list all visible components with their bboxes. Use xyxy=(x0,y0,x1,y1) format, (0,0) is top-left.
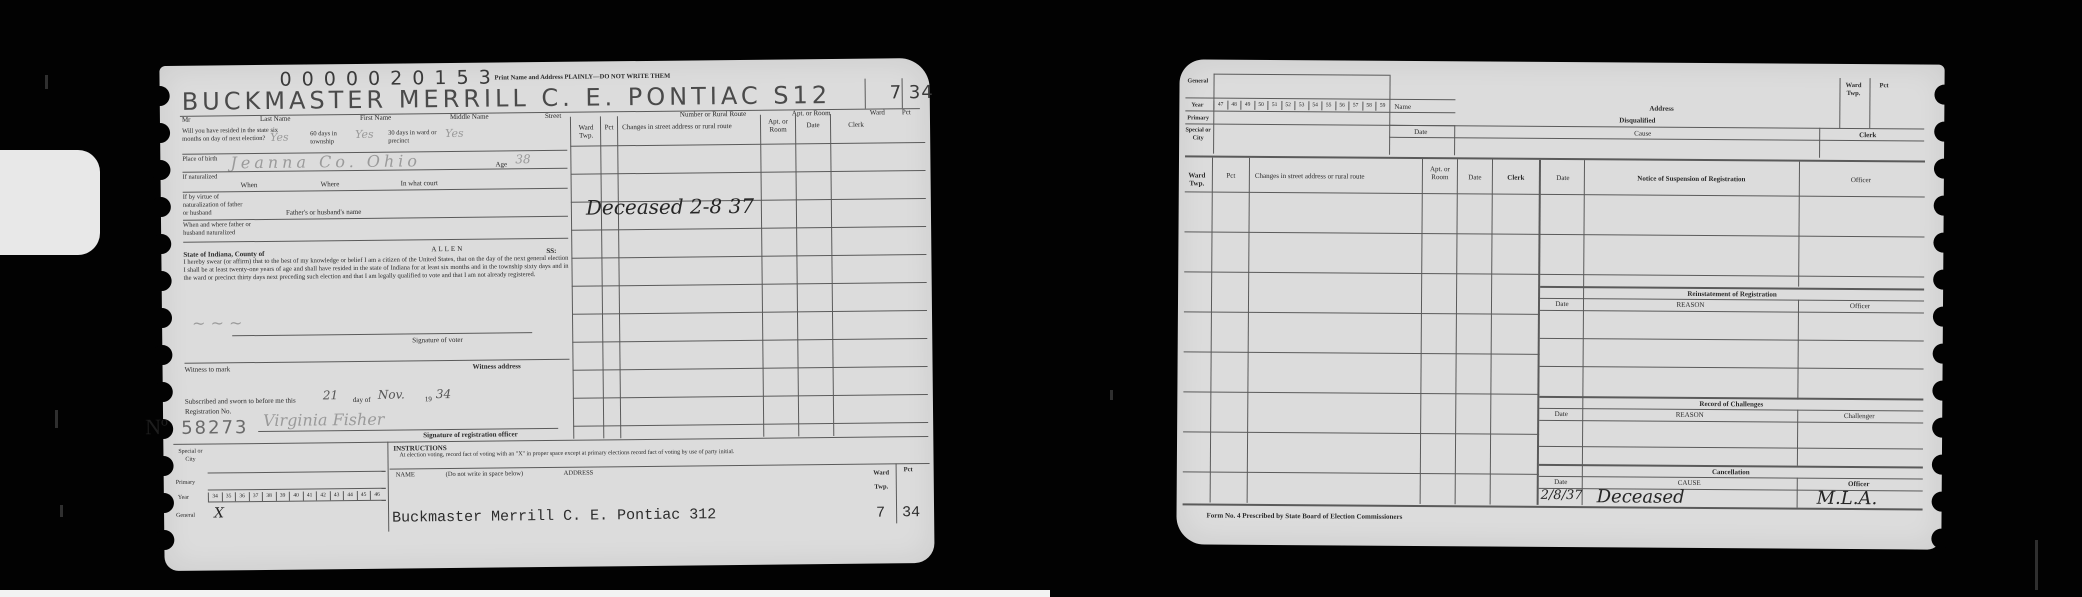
header-apt-room: Apt. or Room xyxy=(762,117,794,133)
header-changes: Changes in street address or rural route xyxy=(1255,172,1365,181)
challenges-reason-header: REASON xyxy=(1582,410,1797,420)
divider xyxy=(1183,503,1923,510)
oath-text: I hereby swear (or affirm) that to the b… xyxy=(183,255,568,283)
divider xyxy=(1210,158,1213,503)
day-of-label: day of xyxy=(353,396,371,404)
row-year: Year xyxy=(178,494,189,502)
cancellation-officer: M.L.A. xyxy=(1817,488,1878,509)
divider xyxy=(571,226,926,231)
film-speck xyxy=(2035,540,2038,590)
film-speck xyxy=(1110,390,1113,400)
ward-precinct-label: 30 days in ward or precinct xyxy=(388,129,443,146)
print-instructions: Print Name and Address PLAINLY—DO NOT WR… xyxy=(494,73,670,83)
label-street: Street xyxy=(545,112,561,120)
header-pct: Pct xyxy=(1215,172,1247,180)
divider xyxy=(1490,160,1493,505)
label-first-name: First Name xyxy=(360,114,391,122)
registration-label: Registration No. xyxy=(185,407,231,415)
ward-pct-handwritten: 7 34 xyxy=(890,82,934,103)
divider xyxy=(573,422,928,427)
divider xyxy=(1247,158,1250,503)
bottom-address-label: ADDRESS xyxy=(564,470,594,478)
typed-ward: 7 xyxy=(876,504,885,521)
divider xyxy=(1540,274,1924,278)
label-cause: Cause xyxy=(1634,130,1651,138)
change-entry-deceased: Deceased 2-8 37 xyxy=(586,194,754,220)
divider xyxy=(1541,194,1925,198)
typed-name-address: Buckmaster Merrill C. E. Pontiac 312 xyxy=(392,506,716,526)
header-changes: Changes in street address or rural route xyxy=(622,122,732,131)
row-primary: Primary xyxy=(176,479,195,487)
age-label: Age xyxy=(495,160,507,168)
voting-years-grid: 34353637383940414243444546 xyxy=(208,491,384,502)
divider xyxy=(208,471,386,474)
header-clerk: Clerk xyxy=(1494,174,1538,182)
row-special: Special or City xyxy=(175,448,205,464)
court-label: In what court xyxy=(401,179,438,187)
film-speck xyxy=(55,410,58,428)
label-disqualified: Disqualified xyxy=(1619,116,1655,124)
divider xyxy=(1184,351,1540,354)
divider xyxy=(1389,75,1391,155)
row-general: General xyxy=(1188,77,1209,85)
instructions-text: At election voting, record fact of votin… xyxy=(399,448,829,460)
when-label: When xyxy=(241,181,258,189)
suspension-notice-header: Notice of Suspension of Registration xyxy=(1584,174,1799,184)
film-edge-strip xyxy=(0,590,1050,597)
township-answer: Yes xyxy=(355,128,374,141)
label-pct: Pct xyxy=(1880,82,1889,90)
divider xyxy=(1797,410,1798,466)
reinstatement-reason-header: REASON xyxy=(1583,300,1798,310)
label-apt: Apt. or Room xyxy=(792,109,831,117)
subscribed-text: Subscribed and sworn to before me this xyxy=(185,397,296,406)
divider xyxy=(1455,159,1458,504)
divider xyxy=(1582,160,1585,505)
label-pct: Pct xyxy=(902,108,911,116)
county-value: ALLEN xyxy=(431,245,464,253)
subscribed-month: Nov. xyxy=(378,387,405,401)
divider xyxy=(232,332,532,336)
divider xyxy=(795,114,799,436)
row-special: Special or City xyxy=(1185,126,1211,142)
film-speck xyxy=(60,505,63,517)
divider xyxy=(1797,300,1799,400)
divider xyxy=(1869,78,1870,128)
film-speck xyxy=(45,75,48,89)
form-footer: Form No. 4 Prescribed by State Board of … xyxy=(1206,512,1402,521)
row-general: General xyxy=(176,512,195,520)
divider xyxy=(1184,271,1540,274)
divider xyxy=(1214,74,1390,76)
divider xyxy=(1539,420,1923,424)
general-vote-mark: X xyxy=(214,505,224,521)
suspension-officer-header: Officer xyxy=(1801,176,1921,185)
divider xyxy=(183,238,568,243)
header-date: Date xyxy=(796,121,830,129)
divider xyxy=(1540,234,1924,238)
father-when-where-label: When and where father or husband natural… xyxy=(183,221,268,238)
divider xyxy=(387,442,389,532)
suspension-date-header: Date xyxy=(1543,174,1583,182)
bottom-ward-twp: Ward Twp. xyxy=(869,466,894,494)
divider xyxy=(1540,338,1924,342)
divider xyxy=(865,79,866,109)
row-primary: Primary xyxy=(1187,114,1209,122)
divider xyxy=(1797,478,1798,508)
registration-card-back: General Year Primary Special or City 474… xyxy=(1176,59,1944,549)
divider xyxy=(1389,137,1924,142)
divider xyxy=(1389,125,1924,130)
divider xyxy=(1540,310,1924,314)
punch-holes xyxy=(1931,85,1954,549)
divider xyxy=(1184,311,1540,314)
witness-mark-label: Witness to mark xyxy=(185,365,231,373)
label-middle-name: Middle Name xyxy=(450,113,489,121)
label-mr: Mr xyxy=(182,116,191,124)
divider xyxy=(1183,471,1539,474)
divider xyxy=(570,117,574,439)
divider xyxy=(1454,125,1455,155)
divider xyxy=(570,142,925,147)
divider xyxy=(1839,78,1840,128)
header-pct: Pct xyxy=(601,123,617,131)
voter-signature: ~ ~ ~ xyxy=(192,313,243,333)
bottom-pct: Pct xyxy=(904,466,913,474)
cancellation-cause: Deceased xyxy=(1597,486,1685,508)
if-naturalized-label: If naturalized xyxy=(183,173,223,181)
divider xyxy=(572,338,927,343)
divider xyxy=(1185,191,1541,194)
label-address: Address xyxy=(1649,105,1673,113)
label-number: Number or Rural Route xyxy=(680,110,746,119)
witness-address-label: Witness address xyxy=(473,362,521,371)
signature-voter-label: Signature of voter xyxy=(412,336,463,345)
header-date: Date xyxy=(1459,173,1491,181)
challenges-date-header: Date xyxy=(1541,410,1581,418)
divider xyxy=(571,254,926,259)
label-date: Date xyxy=(1414,128,1427,136)
cancellation-date-header: Date xyxy=(1541,478,1581,486)
divider xyxy=(1183,431,1539,434)
divider xyxy=(1798,162,1800,287)
divider xyxy=(573,394,928,399)
officer-signature-label: Signature of registration officer xyxy=(423,430,518,439)
divider xyxy=(1185,155,1925,162)
divider xyxy=(573,366,928,371)
divider xyxy=(572,282,927,287)
header-ward-twp: Ward Twp. xyxy=(1183,171,1211,187)
film-edge-tab xyxy=(0,150,100,255)
header-ward-twp: Ward Twp. xyxy=(572,123,600,139)
punch-holes xyxy=(150,86,175,550)
typed-pct: 34 xyxy=(902,504,920,521)
divider xyxy=(1185,110,1455,113)
registration-card-front: 0 0 0 0 0 2 0 1 5 3 Print Name and Addre… xyxy=(159,58,934,571)
label-ward: Ward xyxy=(870,108,885,116)
challenges-challenger-header: Challenger xyxy=(1799,412,1919,421)
residence-answer: Yes xyxy=(270,131,289,144)
label-clerk: Clerk xyxy=(1859,131,1876,139)
ward-precinct-answer: Yes xyxy=(445,127,464,140)
divider xyxy=(1184,231,1540,234)
where-label: Where xyxy=(321,180,340,188)
divider xyxy=(1819,128,1820,158)
age-value: 38 xyxy=(515,152,530,166)
no-symbol: Nº xyxy=(145,414,168,440)
registration-number: 58273 xyxy=(181,417,248,439)
label-last-name: Last Name xyxy=(260,115,291,123)
reinstatement-officer-header: Officer xyxy=(1800,302,1920,311)
divider xyxy=(760,115,764,437)
ss-label: SS: xyxy=(546,247,556,255)
divider xyxy=(1539,446,1923,450)
divider xyxy=(1540,366,1924,370)
divider xyxy=(830,114,834,436)
year-prefix: 19 xyxy=(425,395,432,403)
divider xyxy=(617,116,621,438)
divider xyxy=(390,463,930,470)
voting-years-grid: 47484950515253545556575859 xyxy=(1213,101,1389,111)
bottom-note: (Do not write in space below) xyxy=(446,470,524,479)
place-of-birth-label: Place of birth xyxy=(182,155,222,163)
officer-signature: Virginia Fisher xyxy=(263,410,384,430)
township-label: 60 days in township xyxy=(310,130,360,147)
reinstatement-date-header: Date xyxy=(1542,300,1582,308)
divider xyxy=(572,310,927,315)
father-name-label: Father's or husband's name xyxy=(286,208,362,217)
subscribed-year: 34 xyxy=(436,387,451,401)
row-year: Year xyxy=(1191,101,1203,109)
divider xyxy=(896,463,898,523)
divider xyxy=(1183,391,1539,394)
bottom-name-label: NAME xyxy=(396,471,415,479)
cancellation-date: 2/8/37 xyxy=(1541,488,1583,503)
divider xyxy=(600,116,604,438)
divider xyxy=(173,436,928,445)
header-apt-room: Apt. or Room xyxy=(1424,165,1456,181)
header-clerk: Clerk xyxy=(831,120,881,129)
divider xyxy=(1537,160,1541,505)
divider xyxy=(571,170,926,175)
divider xyxy=(1213,74,1215,154)
subscribed-day: 21 xyxy=(323,388,338,402)
divider xyxy=(1420,159,1423,504)
label-name: Name xyxy=(1394,103,1411,111)
label-ward-twp: Ward Twp. xyxy=(1841,82,1865,98)
father-naturalization-label: If by virtue of naturalization of father… xyxy=(183,193,248,218)
